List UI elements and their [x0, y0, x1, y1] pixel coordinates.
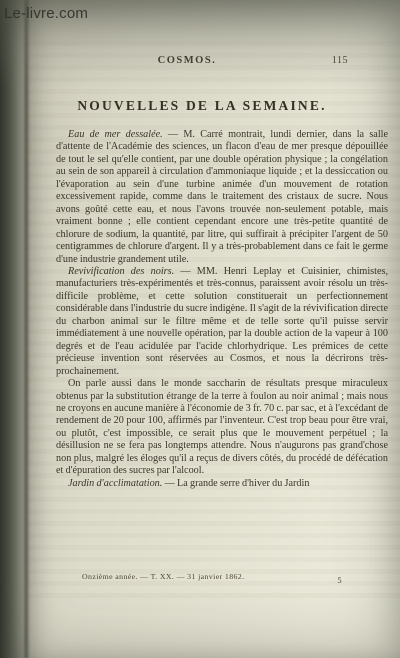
page-number: 115	[332, 55, 348, 66]
paragraph: Revivification des noirs. — MM. Henri Le…	[56, 266, 388, 378]
journal-name: COSMOS.	[158, 55, 217, 66]
paragraph-text: — MM. Henri Leplay et Cuisinier, chimist…	[56, 266, 388, 377]
paragraph: On parle aussi dans le monde saccharin d…	[56, 378, 388, 478]
paragraph-text: — La grande serre d'hiver du Jardin	[165, 478, 310, 489]
footer-imprint: Onzième année. — T. XX. — 31 janvier 186…	[82, 572, 244, 581]
article-title: NOUVELLES DE LA SEMAINE.	[56, 98, 388, 114]
watermark: Le-livre.com	[4, 5, 88, 22]
page-header: COSMOS. 115	[56, 55, 388, 66]
paragraph-text: — M. Carré montrait, lundi dernier, dans…	[56, 129, 388, 265]
book-page: COSMOS. 115 NOUVELLES DE LA SEMAINE. Eau…	[26, 0, 400, 658]
scanned-book-photo: { "watermark": "Le-livre.com", "page": {…	[0, 0, 400, 658]
article-body: Eau de mer dessalée. — M. Carré montrait…	[56, 129, 388, 490]
signature-mark: 5	[337, 575, 342, 585]
paragraph-lead: Jardin d'acclimatation.	[68, 478, 165, 489]
page-gutter-shadow	[23, 0, 30, 658]
paragraph-text: On parle aussi dans le monde saccharin d…	[56, 378, 388, 476]
paragraph: Eau de mer dessalée. — M. Carré montrait…	[56, 129, 388, 266]
paragraph: Jardin d'acclimatation. — La grande serr…	[56, 478, 388, 490]
page-footer: Onzième année. — T. XX. — 31 janvier 186…	[82, 572, 388, 581]
paragraph-lead: Revivification des noirs.	[68, 266, 180, 277]
paragraph-lead: Eau de mer dessalée.	[68, 129, 168, 140]
